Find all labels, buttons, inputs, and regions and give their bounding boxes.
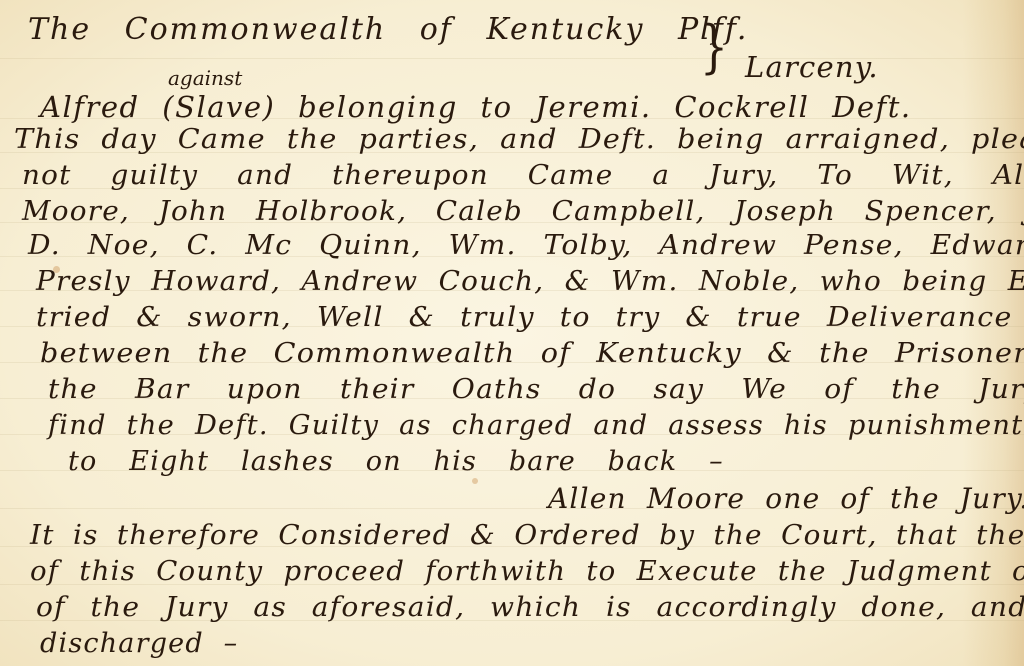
judgment-line-2: of this County proceed forthwith to Exec…	[30, 556, 1024, 587]
body-line-5: Presly Howard, Andrew Couch, & Wm. Noble…	[36, 266, 1024, 297]
body-line-7: between the Commonwealth of Kentucky & t…	[40, 338, 1024, 369]
body-line-1: This day Came the parties, and Deft. bei…	[14, 124, 1024, 155]
caption-plaintiff: The Commonwealth of Kentucky Plff.	[28, 12, 748, 47]
body-line-6: tried & sworn, Well & truly to try & tru…	[36, 302, 1024, 333]
body-line-8: the Bar upon their Oaths do say We of th…	[48, 374, 1024, 405]
caption-against: against	[168, 66, 242, 90]
body-line-3: Moore, John Holbrook, Caleb Campbell, Jo…	[22, 196, 1024, 227]
body-line-4: D. Noe, C. Mc Quinn, Wm. Tolby, Andrew P…	[28, 230, 1024, 261]
body-line-10: to Eight lashes on his bare back –	[68, 446, 724, 477]
judgment-line-4: discharged –	[40, 628, 238, 659]
manuscript-page: The Commonwealth of Kentucky Plff. again…	[0, 0, 1024, 666]
caption-defendant: Alfred (Slave) belonging to Jeremi. Cock…	[40, 90, 912, 124]
juror-signature: Allen Moore one of the Jury.	[548, 482, 1024, 515]
judgment-line-1: It is therefore Considered & Ordered by …	[30, 520, 1024, 551]
paper-stain	[472, 478, 478, 484]
caption-charge: Larceny.	[745, 50, 879, 84]
body-line-9: find the Deft. Guilty as charged and ass…	[48, 410, 1023, 441]
brace-mark: }	[700, 19, 728, 76]
body-line-2: not guilty and thereupon Came a Jury, To…	[22, 160, 1024, 191]
judgment-line-3: of the Jury as aforesaid, which is accor…	[36, 592, 1024, 623]
